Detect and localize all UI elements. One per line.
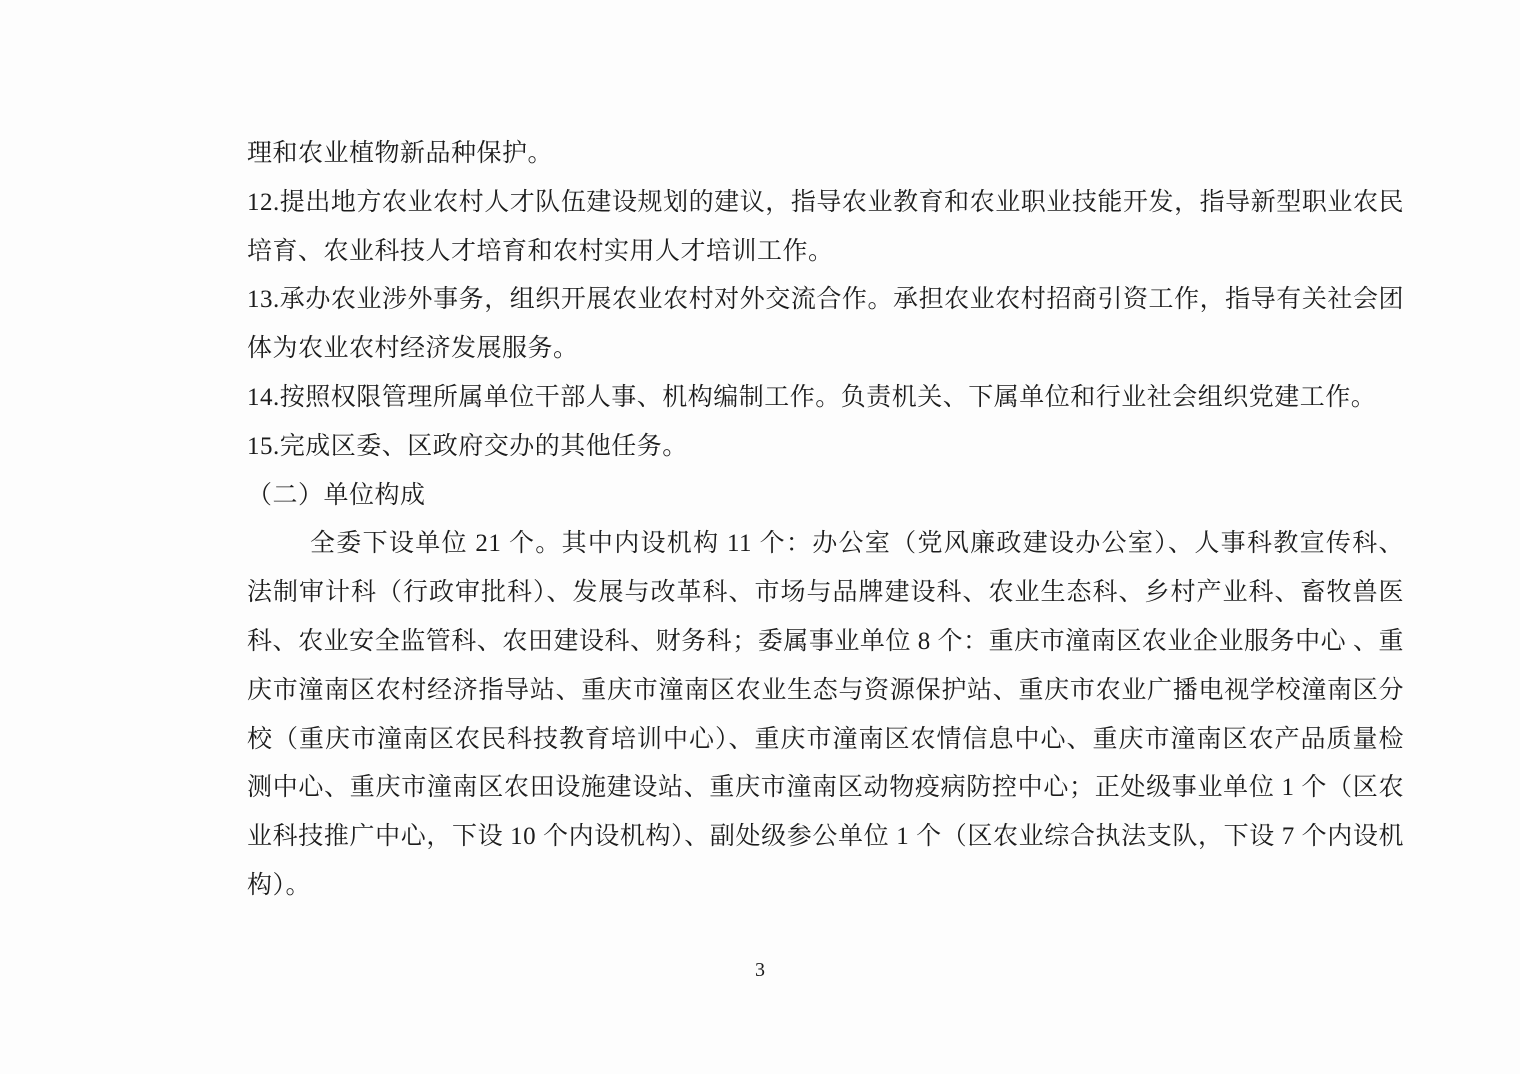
document-line: 科、农业安全监管科、农田建设科、财务科；委属事业单位 8 个：重庆市潼南区农业企… <box>247 618 1404 667</box>
document-line: 理和农业植物新品种保护。 <box>247 130 1404 179</box>
paragraph-duty-12: 12.提出地方农业农村人才队伍建设规划的建议，指导农业教育和农业职业技能开发，指… <box>247 179 1404 277</box>
document-line: 测中心、重庆市潼南区农田设施建设站、重庆市潼南区动物疫病防控中心；正处级事业单位… <box>247 764 1404 813</box>
document-line: 庆市潼南区农村经济指导站、重庆市潼南区农业生态与资源保护站、重庆市农业广播电视学… <box>247 667 1404 716</box>
document-line: 14.按照权限管理所属单位干部人事、机构编制工作。负责机关、下属单位和行业社会组… <box>247 374 1404 423</box>
paragraph-duty-13: 13.承办农业涉外事务，组织开展农业农村对外交流合作。承担农业农村招商引资工作，… <box>247 276 1404 374</box>
document-text-block: 理和农业植物新品种保护。 12.提出地方农业农村人才队伍建设规划的建议，指导农业… <box>247 130 1404 911</box>
section-heading-unit-composition: （二）单位构成 <box>247 472 1404 521</box>
document-line: 13.承办农业涉外事务，组织开展农业农村对外交流合作。承担农业农村招商引资工作，… <box>247 276 1404 325</box>
document-line: 校（重庆市潼南区农民科技教育培训中心）、重庆市潼南区农情信息中心、重庆市潼南区农… <box>247 716 1404 765</box>
paragraph-duty-15: 15.完成区委、区政府交办的其他任务。 <box>247 423 1404 472</box>
paragraph-unit-composition: 全委下设单位 21 个。其中内设机构 11 个：办公室（党风廉政建设办公室）、人… <box>247 520 1404 910</box>
page-number: 3 <box>0 953 1520 987</box>
document-line: 培育、农业科技人才培育和农村实用人才培训工作。 <box>247 228 1404 277</box>
document-line: 业科技推广中心，下设 10 个内设机构）、副处级参公单位 1 个（区农业综合执法… <box>247 813 1404 862</box>
section-heading-text: （二）单位构成 <box>247 472 1404 521</box>
document-page: 理和农业植物新品种保护。 12.提出地方农业农村人才队伍建设规划的建议，指导农业… <box>0 0 1520 1074</box>
document-line: 15.完成区委、区政府交办的其他任务。 <box>247 423 1404 472</box>
document-line: 体为农业农村经济发展服务。 <box>247 325 1404 374</box>
document-line: 法制审计科（行政审批科）、发展与改革科、市场与品牌建设科、农业生态科、乡村产业科… <box>247 569 1404 618</box>
document-line: 全委下设单位 21 个。其中内设机构 11 个：办公室（党风廉政建设办公室）、人… <box>247 520 1404 569</box>
document-line: 构）。 <box>247 862 1404 911</box>
document-line: 12.提出地方农业农村人才队伍建设规划的建议，指导农业教育和农业职业技能开发，指… <box>247 179 1404 228</box>
paragraph-duty-11-continuation: 理和农业植物新品种保护。 <box>247 130 1404 179</box>
paragraph-duty-14: 14.按照权限管理所属单位干部人事、机构编制工作。负责机关、下属单位和行业社会组… <box>247 374 1404 423</box>
